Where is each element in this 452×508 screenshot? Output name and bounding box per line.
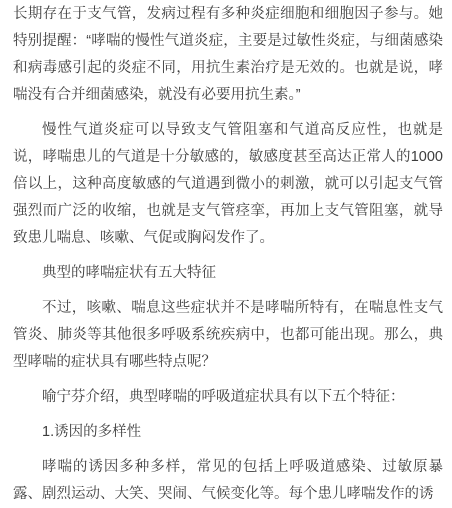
paragraph: 哮喘的诱因多种多样，常见的包括上呼吸道感染、过敏原暴露、剧烈运动、大笑、哭闹、气…: [13, 454, 443, 508]
paragraph: 喻宁芬介绍，典型哮喘的呼吸道症状具有以下五个特征：: [13, 384, 443, 411]
paragraph: 不过，咳嗽、喘息这些症状并不是哮喘所特有，在喘息性支气管炎、肺炎等其他很多呼吸系…: [13, 295, 443, 376]
paragraph-continuation: 长期存在于支气管，发病过程有多种炎症细胞和细胞因子参与。她特别提醒：“哮喘的慢性…: [13, 1, 443, 109]
section-subhead-numbered: 1.诱因的多样性: [13, 419, 443, 446]
section-subhead: 典型的哮喘症状有五大特征: [13, 260, 443, 287]
article-text: 长期存在于支气管，发病过程有多种炎症细胞和细胞因子参与。她特别提醒：“哮喘的慢性…: [0, 0, 452, 508]
paragraph: 慢性气道炎症可以导致支气管阻塞和气道高反应性，也就是说，哮喘患儿的气道是十分敏感…: [13, 117, 443, 252]
